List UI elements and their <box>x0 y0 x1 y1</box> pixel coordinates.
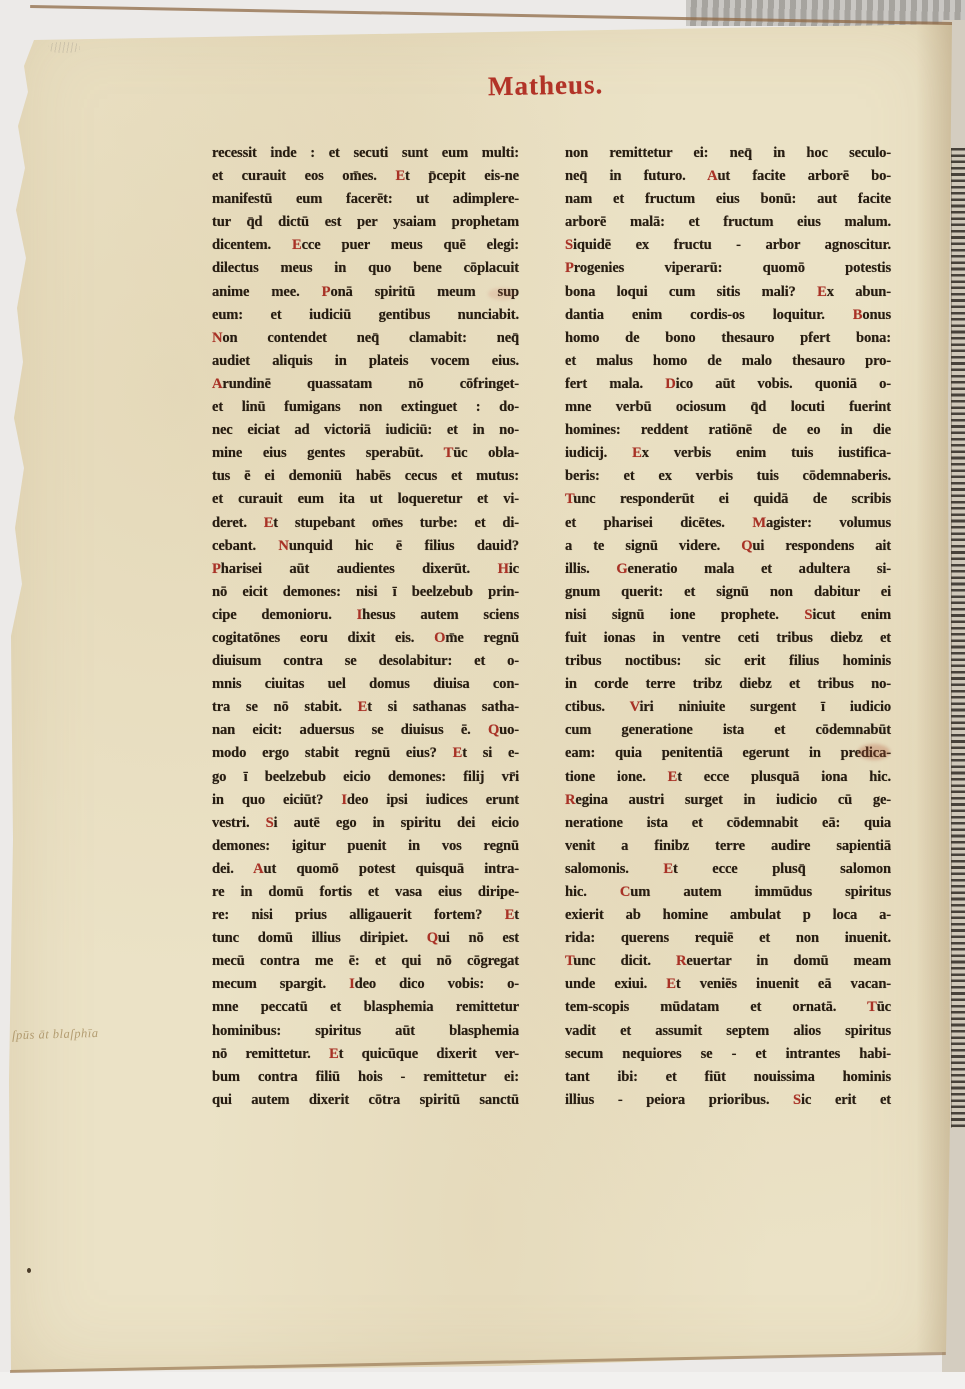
text-line: in corde terre tribz diebz et tribus no- <box>565 673 891 696</box>
text-column-right: non remittetur ei: neq̄ in hoc seculo-ne… <box>565 142 891 1114</box>
text-line: deret. Et stupebant om̄es turbe: et di- <box>212 512 519 535</box>
text-line: fuit ionas in ventre ceti tribus diebz e… <box>565 627 891 650</box>
text-line: vestri. Si autē ego in spiritu dei eicio <box>212 812 519 835</box>
text-line: mine eius gentes sperabūt. Tūc obla- <box>212 442 519 465</box>
text-line: neratione ista et cōdemnabit eā: quia <box>565 812 891 835</box>
text-line: unde exiui. Et veniēs inuenit eā vacan- <box>565 973 891 996</box>
text-line: bona loqui cum sitis mali? Ex abun- <box>565 281 891 304</box>
text-line: Arundinē quassatam nō cōfringet- <box>212 373 519 396</box>
text-line: Tunc responderūt ei quidā de scribis <box>565 488 891 511</box>
text-line: vadit et assumit septem alios spiritus <box>565 1020 891 1043</box>
text-line: non remittetur ei: neq̄ in hoc seculo- <box>565 142 891 165</box>
text-line: homo de bono thesauro pfert bona: <box>565 327 891 350</box>
text-line: modo ergo stabit regnū eius? Et si e- <box>212 742 519 765</box>
text-line: nec eiciat ad victoriā iudiciū: et in no… <box>212 419 519 442</box>
text-line: diuisum contra se desolabitur: et o- <box>212 650 519 673</box>
text-line: recessit inde : et secuti sunt eum multi… <box>212 142 519 165</box>
scanner-background-bottom <box>0 1372 965 1389</box>
text-line: qui autem dixerit cōtra spiritū sanctū <box>212 1089 519 1112</box>
text-line: tur q̄d dictū est per ysaiam prophetam <box>212 211 519 234</box>
text-line: hominibus: spiritus aūt blasphemia <box>212 1020 519 1043</box>
text-line: neq̄ in futuro. Aut facite arborē bo- <box>565 165 891 188</box>
text-line: demones: igitur puenit in vos regnū <box>212 835 519 858</box>
text-line: dicentem. Ecce puer meus quē elegi: <box>212 234 519 257</box>
text-line: homines: reddent ratiōnē de eo in die <box>565 419 891 442</box>
text-line: mne peccatū et blasphemia remittetur <box>212 996 519 1019</box>
text-line: Tunc dicit. Reuertar in domū meam <box>565 950 891 973</box>
text-line: fert mala. Dico aūt vobis. quoniā o- <box>565 373 891 396</box>
text-line: secum nequiores se - et intrantes habi- <box>565 1043 891 1066</box>
vellum-page: Matheus. recessit inde : et secuti sunt … <box>0 0 965 1389</box>
text-line: rida: querens requiē et non inuenit. <box>565 927 891 950</box>
text-line: dei. Aut quomō potest quisquā intra- <box>212 858 519 881</box>
text-line: re in domū fortis et vasa eius diripe- <box>212 881 519 904</box>
facing-page-text-edge <box>951 148 965 1128</box>
ink-stain <box>488 288 516 300</box>
text-line: anime mee. Ponā spiritū meum sup <box>212 281 519 304</box>
text-line: in quo eiciūt? Ideo ipsi iudices erunt <box>212 789 519 812</box>
text-line: audiet aliquis in plateis vocem eius. <box>212 350 519 373</box>
page-curl-shading <box>916 24 952 1354</box>
text-line: Non contendet neq̄ clamabit: neq̄ <box>212 327 519 350</box>
text-line: dantia enim cordis-os loquitur. Bonus <box>565 304 891 327</box>
text-line: et pharisei dicētes. Magister: volumus <box>565 512 891 535</box>
text-line: tem-scopis mūdatam et ornatā. Tūc <box>565 996 891 1019</box>
text-line: nam et fructum eius bonū: aut facite <box>565 188 891 211</box>
text-line: Regina austri surget in iudicio cū ge- <box>565 789 891 812</box>
text-column-left: recessit inde : et secuti sunt eum multi… <box>212 142 519 1114</box>
text-line: tus ē ei demoniū habēs cecus et mutus: <box>212 465 519 488</box>
text-line: et malus homo de malo thesauro pro- <box>565 350 891 373</box>
text-line: Progenies viperarū: quomō potestis <box>565 257 891 280</box>
text-line: bum contra filiū hois - remittetur ei: <box>212 1066 519 1089</box>
text-line: arborē malā: et fructum eius malum. <box>565 211 891 234</box>
text-line: Siquidē ex fructu - arbor agnoscitur. <box>565 234 891 257</box>
text-line: mnis ciuitas uel domus diuisa con- <box>212 673 519 696</box>
text-line: cebant. Nunquid hic ē filius dauid? <box>212 535 519 558</box>
text-line: tunc domū illius diripiet. Qui nō est <box>212 927 519 950</box>
scanned-bible-leaf: Matheus. recessit inde : et secuti sunt … <box>0 0 965 1389</box>
text-line: et linū fumigans non extinguet : do- <box>212 396 519 419</box>
text-line: illius - peiora prioribus. Sic erit et <box>565 1089 891 1112</box>
text-line: nō remittetur. Et quicūque dixerit ver- <box>212 1043 519 1066</box>
pencil-mark <box>48 42 80 53</box>
text-line: go ī beelzebub eicio demones: filij vr̄i <box>212 766 519 789</box>
text-line: iudicij. Ex verbis enim tuis iustifica- <box>565 442 891 465</box>
text-line: tribus noctibus: sic erit filius hominis <box>565 650 891 673</box>
text-line: re: nisi prius alligauerit fortem? Et <box>212 904 519 927</box>
text-line: salomonis. Et ecce plusq̄ salomon <box>565 858 891 881</box>
text-line: tione ione. Et ecce plusquā iona hic. <box>565 766 891 789</box>
text-line: exierit ab homine ambulat p loca a- <box>565 904 891 927</box>
text-line: mecum spargit. Ideo dico vobis: o- <box>212 973 519 996</box>
text-line: nisi signū ione prophete. Sicut enim <box>565 604 891 627</box>
text-line: cum generatione ista et cōdemnabūt <box>565 719 891 742</box>
wormhole-speck <box>27 1268 31 1273</box>
text-line: et curauit eos om̄es. Et p̄cepit eis-ne <box>212 165 519 188</box>
text-line: cogitatōnes eoru dixit eis. Om̄e regnū <box>212 627 519 650</box>
text-line: nō eicit demones: nisi ī beelzebub prin- <box>212 581 519 604</box>
margin-annotation: ſpūs āt blaſphīa <box>12 1024 182 1043</box>
text-line: eum: et iudiciū gentibus nunciabit. <box>212 304 519 327</box>
text-line: mne verbū ociosum q̄d locuti fuerint <box>565 396 891 419</box>
text-line: gnum querit: et signū non dabitur ei <box>565 581 891 604</box>
text-line: hic. Cum autem immūdus spiritus <box>565 881 891 904</box>
text-line: illis. Generatio mala et adultera si- <box>565 558 891 581</box>
text-line: mecū contra me ē: et qui nō cōgregat <box>212 950 519 973</box>
text-line: tra se nō stabit. Et si sathanas satha- <box>212 696 519 719</box>
text-line: cipe demonioru. Ihesus autem sciens <box>212 604 519 627</box>
text-line: eam: quia penitentiā egerunt in predica- <box>565 742 891 765</box>
text-line: nan eicit: aduersus se diuisus ē. Quo- <box>212 719 519 742</box>
text-line: tant ibi: et fiūt nouissima hominis <box>565 1066 891 1089</box>
text-line: a te signū videre. Qui respondens ait <box>565 535 891 558</box>
text-line: ctibus. Viri niniuite surgent ī iudicio <box>565 696 891 719</box>
ink-stain <box>858 744 890 760</box>
text-line: manifestū eum facerēt: ut adimplere- <box>212 188 519 211</box>
text-line: beris: et ex verbis tuis cōdemnaberis. <box>565 465 891 488</box>
text-line: dilectus meus in quo bene cōplacuit <box>212 257 519 280</box>
running-header: Matheus. <box>488 69 629 102</box>
text-line: Pharisei aūt audientes dixerūt. Hic <box>212 558 519 581</box>
text-line: venit a finibz terre audire sapientiā <box>565 835 891 858</box>
text-line: et curauit eum ita ut loqueretur et vi- <box>212 488 519 511</box>
